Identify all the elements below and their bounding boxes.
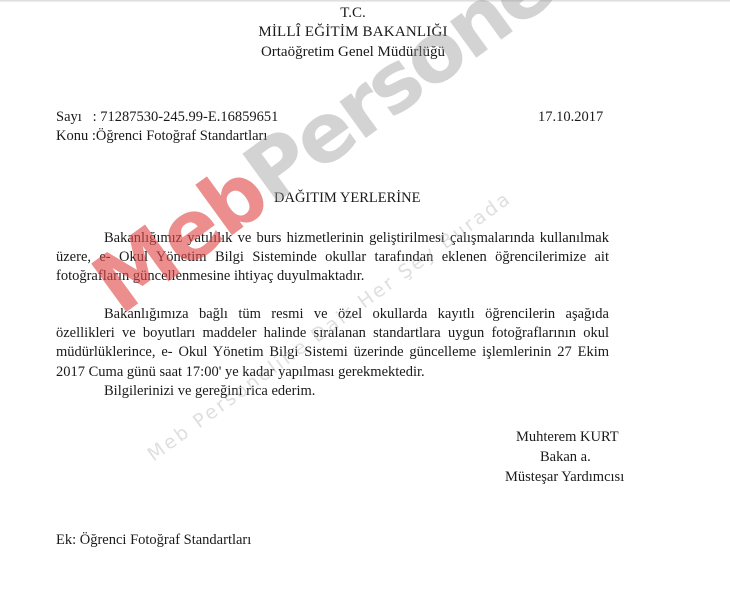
header-ministry: MİLLÎ EĞİTİM BAKANLIĞI bbox=[0, 23, 718, 41]
signatory-name: Muhterem KURT bbox=[516, 428, 619, 446]
document-number: Sayı : 71287530-245.99-E.16859651 bbox=[56, 108, 278, 126]
official-letter: T.C. MİLLÎ EĞİTİM BAKANLIĞI Ortaöğretim … bbox=[0, 0, 730, 609]
signatory-title-line2: Müsteşar Yardımcısı bbox=[505, 468, 624, 486]
paragraph-1: Bakanlığımız yatılılık ve burs hizmetler… bbox=[56, 229, 609, 287]
paragraph-3: Bilgilerinizi ve gereğini rica ederim. bbox=[56, 382, 609, 401]
signatory-title-line1: Bakan a. bbox=[540, 448, 591, 466]
paragraph-2: Bakanlığımıza bağlı tüm resmi ve özel ok… bbox=[56, 305, 609, 382]
document-number-text: Sayı : 71287530-245.99-E.16859651 bbox=[56, 109, 278, 125]
header-country: T.C. bbox=[0, 4, 718, 22]
document-date: 17.10.2017 bbox=[538, 108, 603, 126]
header-unit: Ortaöğretim Genel Müdürlüğü bbox=[0, 43, 718, 61]
annex: Ek: Öğrenci Fotoğraf Standartları bbox=[56, 531, 251, 549]
addressee: DAĞITIM YERLERİNE bbox=[274, 189, 420, 207]
document-subject: Konu :Öğrenci Fotoğraf Standartları bbox=[56, 127, 267, 145]
